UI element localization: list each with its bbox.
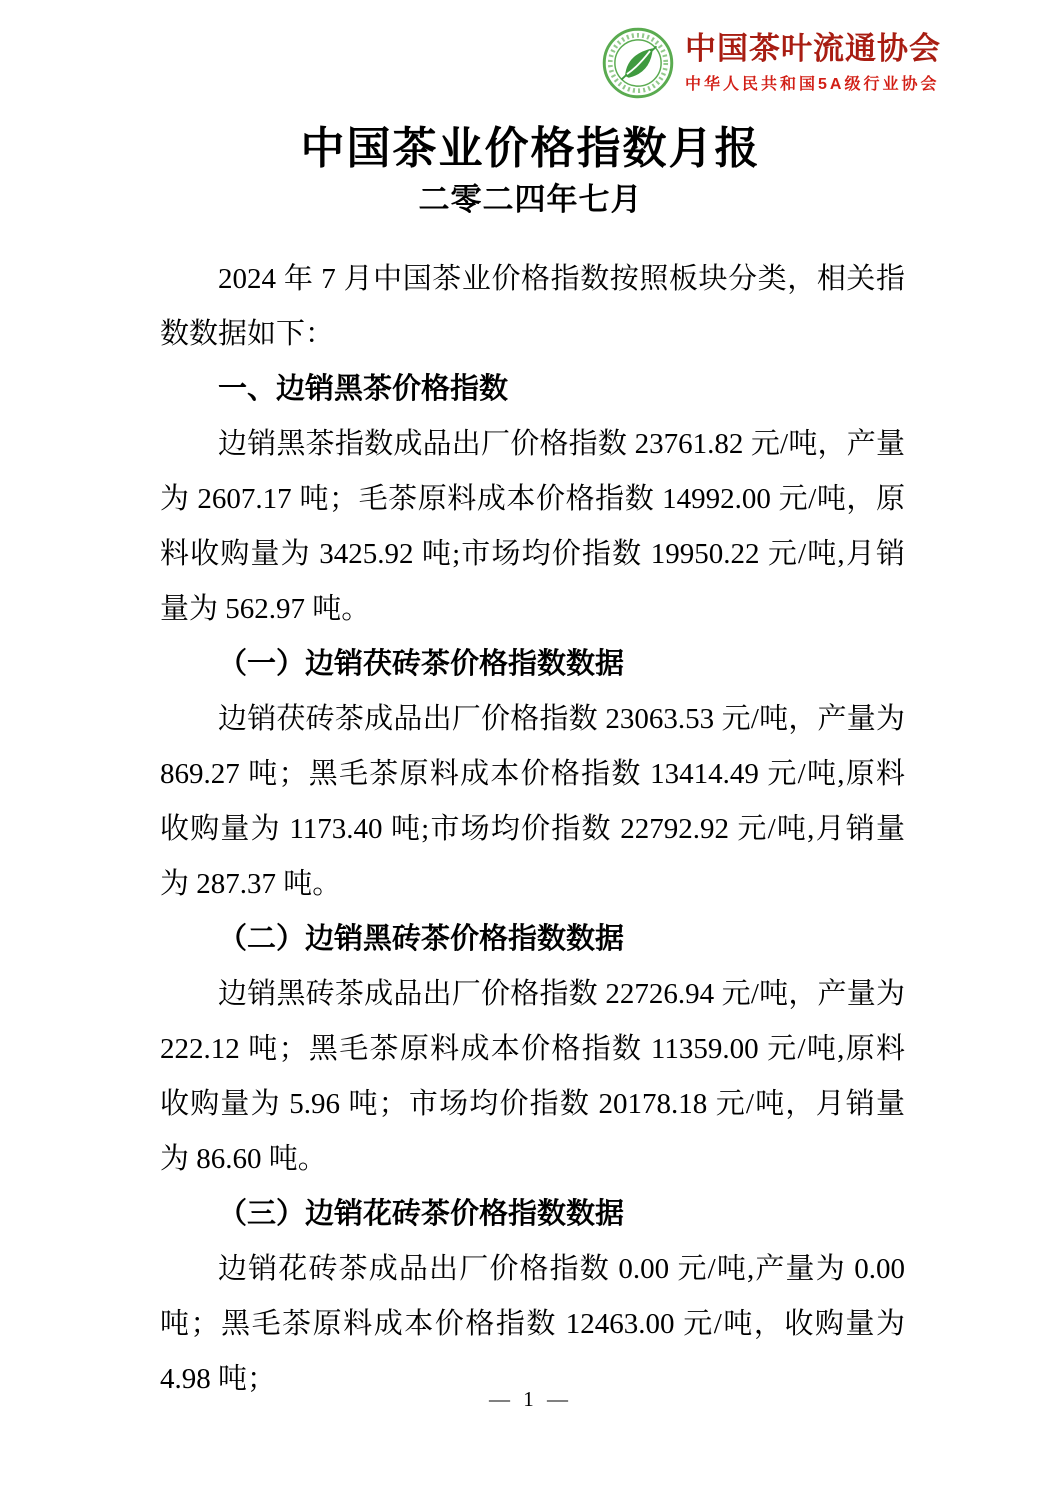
document-page: 中国茶叶流通协会 中华人民共和国5A级行业协会 中国茶业价格指数月报 二零二四年…: [0, 0, 1061, 1500]
section-heading: 一、边销黑茶价格指数: [160, 362, 905, 417]
report-section: （二）边销黑砖茶价格指数数据 边销黑砖茶成品出厂价格指数 22726.94 元/…: [160, 912, 905, 1187]
report-section: （三）边销花砖茶价格指数数据 边销花砖茶成品出厂价格指数 0.00 元/吨,产量…: [160, 1187, 905, 1407]
intro-paragraph: 2024 年 7 月中国茶业价格指数按照板块分类，相关指数数据如下：: [160, 252, 905, 362]
section-heading: （三）边销花砖茶价格指数数据: [160, 1187, 905, 1242]
org-subtitle: 中华人民共和国5A级行业协会: [685, 71, 939, 94]
tea-leaf-logo-icon: [601, 26, 675, 100]
report-section: 一、边销黑茶价格指数 边销黑茶指数成品出厂价格指数 23761.82 元/吨，产…: [160, 362, 905, 637]
association-name-block: 中国茶叶流通协会 中华人民共和国5A级行业协会: [685, 32, 941, 94]
report-period: 二零二四年七月: [0, 182, 1061, 218]
sections-container: 一、边销黑茶价格指数 边销黑茶指数成品出厂价格指数 23761.82 元/吨，产…: [160, 362, 905, 1407]
section-heading: （一）边销茯砖茶价格指数数据: [160, 637, 905, 692]
report-title: 中国茶业价格指数月报: [0, 124, 1061, 174]
org-name: 中国茶叶流通协会: [685, 32, 941, 66]
section-paragraph: 边销花砖茶成品出厂价格指数 0.00 元/吨,产量为 0.00 吨；黑毛茶原料成…: [160, 1242, 905, 1407]
report-section: （一）边销茯砖茶价格指数数据 边销茯砖茶成品出厂价格指数 23063.53 元/…: [160, 637, 905, 912]
section-paragraph: 边销黑砖茶成品出厂价格指数 22726.94 元/吨，产量为 222.12 吨；…: [160, 967, 905, 1187]
association-header: 中国茶叶流通协会 中华人民共和国5A级行业协会: [601, 26, 941, 100]
section-paragraph: 边销黑茶指数成品出厂价格指数 23761.82 元/吨，产量为 2607.17 …: [160, 417, 905, 637]
page-number: — 1 —: [0, 1387, 1061, 1412]
section-heading: （二）边销黑砖茶价格指数数据: [160, 912, 905, 967]
section-paragraph: 边销茯砖茶成品出厂价格指数 23063.53 元/吨，产量为 869.27 吨；…: [160, 692, 905, 912]
report-body: 2024 年 7 月中国茶业价格指数按照板块分类，相关指数数据如下： 一、边销黑…: [160, 252, 905, 1407]
